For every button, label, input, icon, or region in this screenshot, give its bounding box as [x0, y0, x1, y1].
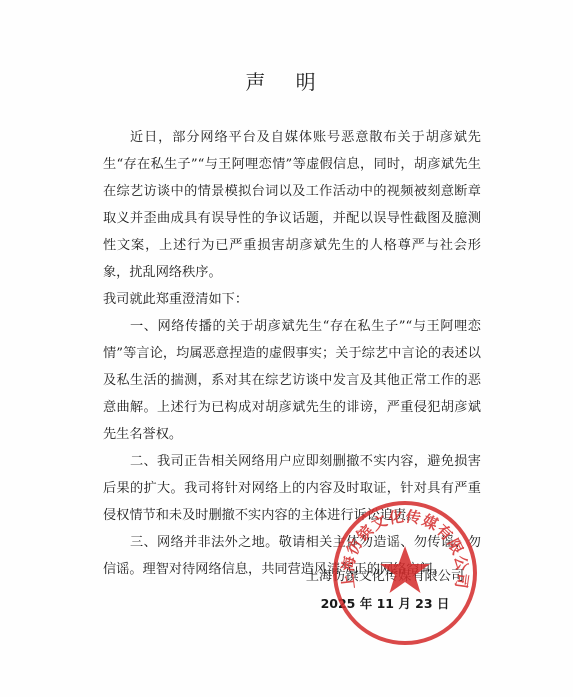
paragraph-intro: 近日，部分网络平台及自媒体账号恶意散布关于胡彦斌先生“存在私生子”“与王阿哩恋情…	[103, 124, 481, 286]
paragraph-clarify-lead: 我司就此郑重澄清如下：	[103, 286, 481, 313]
signature-date: 2025 年 11 月 23 日	[300, 590, 470, 617]
signature-block: 上海彷镔文化传媒有限公司 2025 年 11 月 23 日	[300, 563, 470, 617]
paragraph-point-one: 一、网络传播的关于胡彦斌先生“存在私生子”“与王阿哩恋情”等言论，均属恶意捏造的…	[103, 313, 481, 448]
paragraph-point-two: 二、我司正告相关网络用户应即刻删撤不实内容，避免损害后果的扩大。我司将针对网络上…	[103, 448, 481, 529]
company-name: 上海彷镔文化传媒有限公司	[300, 563, 470, 590]
document-title: 声 明	[0, 66, 573, 95]
document-body: 近日，部分网络平台及自媒体账号恶意散布关于胡彦斌先生“存在私生子”“与王阿哩恋情…	[103, 124, 481, 583]
statement-document: 声 明 近日，部分网络平台及自媒体账号恶意散布关于胡彦斌先生“存在私生子”“与王…	[0, 0, 573, 697]
